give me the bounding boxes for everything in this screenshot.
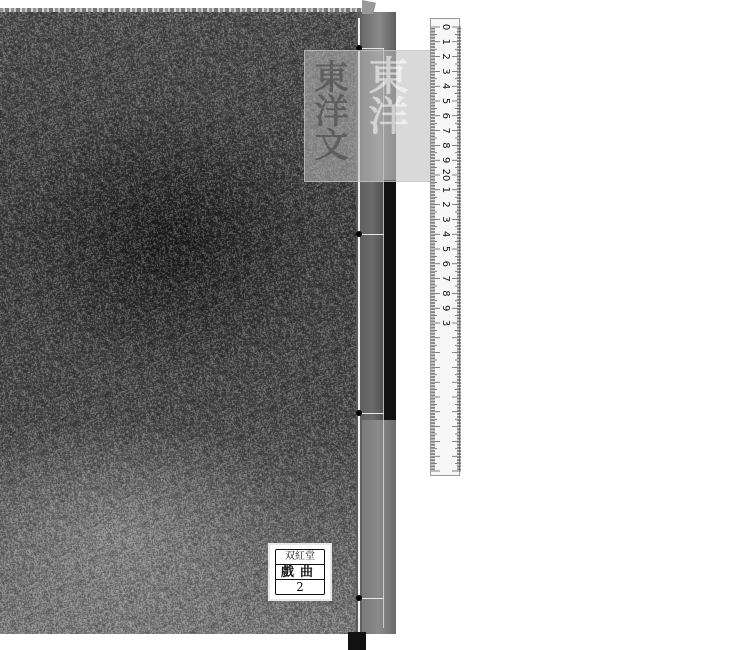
svg-text:4: 4: [440, 231, 451, 237]
svg-text:7: 7: [440, 275, 451, 281]
ruler-scale: 0123456789201234567893: [431, 19, 461, 477]
svg-text:5: 5: [440, 246, 451, 252]
svg-text:4: 4: [440, 83, 451, 89]
svg-text:9: 9: [440, 305, 451, 311]
cover-top-edge: [0, 8, 362, 12]
svg-text:8: 8: [440, 290, 451, 296]
book-label: 双紅堂 戲曲 2: [268, 543, 332, 601]
svg-text:9: 9: [440, 157, 451, 163]
svg-text:20: 20: [440, 169, 451, 182]
spine-shadow: [383, 180, 396, 420]
binding-knot: [356, 595, 362, 601]
svg-text:2: 2: [440, 201, 451, 207]
bottom-tab: [348, 632, 366, 650]
svg-text:6: 6: [440, 261, 451, 267]
svg-text:1: 1: [440, 187, 451, 193]
label-volume: 2: [276, 580, 324, 594]
spine-lower-panel: [362, 420, 396, 634]
svg-text:5: 5: [440, 98, 451, 104]
binding-knot: [356, 410, 362, 416]
seal-text-left: 東洋文: [311, 59, 345, 161]
svg-text:2: 2: [440, 53, 451, 59]
svg-text:7: 7: [440, 127, 451, 133]
svg-text:6: 6: [440, 113, 451, 119]
svg-text:3: 3: [440, 68, 451, 74]
label-frame: 双紅堂 戲曲 2: [275, 549, 325, 595]
svg-text:3: 3: [440, 320, 451, 326]
label-collection: 双紅堂: [276, 550, 324, 565]
label-category: 戲曲: [276, 565, 324, 580]
svg-text:1: 1: [440, 39, 451, 45]
library-seal: 東洋文 東洋: [304, 50, 432, 182]
svg-text:8: 8: [440, 142, 451, 148]
binding-knot: [356, 231, 362, 237]
seal-text-right: 東洋: [365, 55, 405, 135]
measuring-ruler: 0123456789201234567893: [430, 18, 460, 476]
svg-text:0: 0: [440, 24, 451, 30]
svg-text:3: 3: [440, 216, 451, 222]
